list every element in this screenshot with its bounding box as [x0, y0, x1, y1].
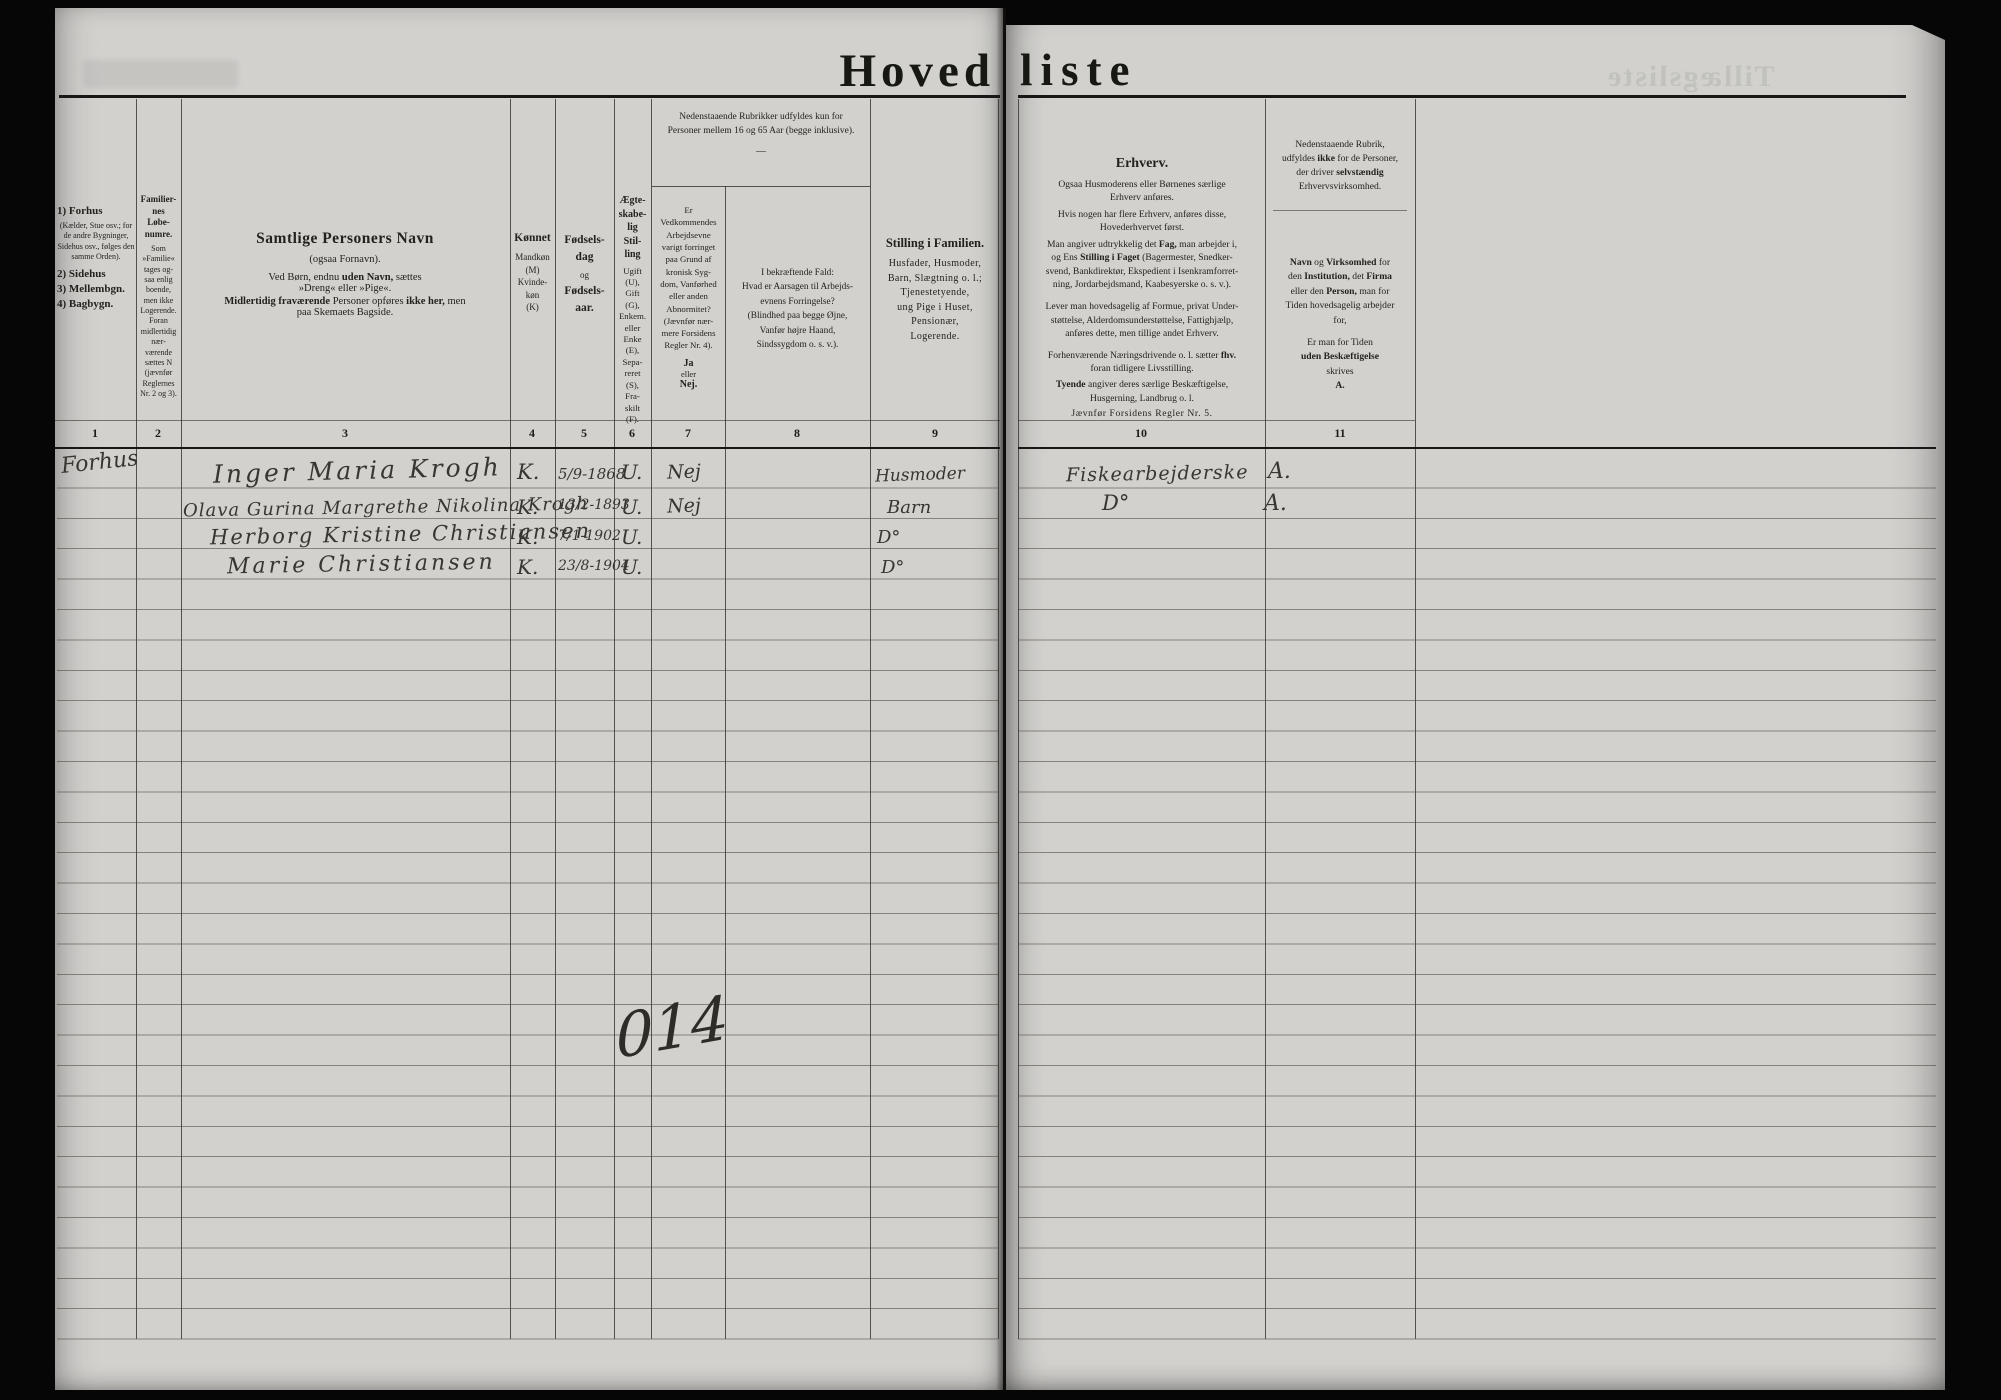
entry-employer: A.	[1268, 459, 1291, 484]
column-number-1: 1	[65, 426, 125, 441]
col11-employer-note: Navn og Virksomhed for den Institution, …	[1271, 256, 1409, 328]
col9-heading: Stilling i Familien.	[872, 236, 998, 251]
entry-employer: A.	[1264, 491, 1287, 516]
col3-header: Samtlige Personers Navn (ogsaa Fornavn).…	[185, 230, 505, 318]
column-number-4: 4	[512, 426, 552, 441]
col6-body: Ugift (U), Gift (G), Enkem. eller Enke (…	[615, 266, 650, 426]
col6-header: Ægte- skabe- lig Stil- ling Ugift (U), G…	[615, 194, 650, 425]
entry-birthdate: 7/1-1902	[558, 528, 613, 544]
left-page: Hoved 1) Forhus (Kælder, Stue osv.; for …	[55, 8, 1003, 1390]
col4-heading: Kønnet	[511, 232, 554, 244]
number-row-bottom-line	[1018, 447, 1936, 449]
entry-family-position: D°	[877, 527, 900, 548]
number-row-bottom-line	[55, 447, 1000, 449]
col3-heading: Samtlige Personers Navn	[185, 230, 505, 248]
col9-header: Stilling i Familien. Husfader, Husmoder,…	[872, 236, 998, 344]
col10-note-1: Ogsaa Husmoderens eller Børnenes særlige…	[1026, 178, 1258, 205]
entry-marital: U.	[621, 525, 642, 549]
column-number-3: 3	[255, 426, 435, 441]
col7-8-divider-line	[652, 186, 870, 187]
entry-occupation: Fiskearbejderske	[1066, 462, 1226, 487]
col4-header: Kønnet Mandkøn (M) Kvinde- køn (K)	[511, 232, 554, 314]
entry-birthdate: 13/2-1893	[558, 497, 613, 513]
entry-family-position: D°	[881, 557, 904, 578]
scan-corner	[1875, 8, 1945, 40]
entry-reduced-ability: Nej	[667, 494, 702, 517]
column-number-11: 11	[1310, 426, 1370, 441]
col10-note-2: Hvis nogen har flere Erhverv, anføres di…	[1026, 208, 1258, 235]
column-number-6: 6	[614, 426, 650, 441]
col7-eller: eller	[653, 369, 724, 379]
col7-ja: Ja	[653, 358, 724, 369]
table-top-rule	[59, 95, 1000, 98]
col10-note-7: Jævnfør Forsidens Regler Nr. 5.	[1026, 407, 1258, 420]
col10-note-3: Man angiver udtrykkelig det Fag, man arb…	[1026, 238, 1258, 292]
bleedthrough-text: Tillægsliste	[1606, 60, 1774, 94]
col2-header: Familier- nes Løbe- numre. Som »Familie«…	[137, 194, 180, 400]
col10-header: Erhverv. Ogsaa Husmoderens eller Børnene…	[1026, 156, 1258, 421]
col3-note-absent: Midlertidig fraværende Personer opføres …	[185, 296, 505, 318]
entry-sex: K.	[517, 525, 538, 549]
col6-heading: Ægte- skabe- lig Stil- ling	[615, 194, 650, 262]
col1-item4: 4) Bagbygn.	[57, 297, 135, 312]
col5-og: og	[556, 270, 613, 280]
col11-divider	[1273, 210, 1407, 211]
entry-marital: U.	[621, 460, 642, 484]
col1-header: 1) Forhus (Kælder, Stue osv.; for de and…	[57, 204, 135, 312]
col11-unemployed-note: Er man for Tiden uden Beskæftigelse skri…	[1271, 336, 1409, 394]
column-number-10: 10	[1111, 426, 1171, 441]
entry-birthdate: 23/8-1904	[558, 558, 613, 574]
entry-marital: U.	[621, 495, 642, 519]
ruled-lines	[57, 458, 998, 1340]
column-number-5: 5	[564, 426, 604, 441]
entry-sex: K.	[517, 555, 538, 579]
number-row-top-line	[1018, 420, 1415, 421]
col5-header: Fødsels- dag og Fødsels- aar.	[556, 232, 613, 317]
col9-body: Husfader, Husmoder, Barn, Slægtning o. l…	[872, 257, 998, 344]
col7-8-shared-note: Nedenstaaende Rubrikker udfyldes kun for…	[653, 110, 869, 139]
column-number-2: 2	[138, 426, 178, 441]
col1-item3: 3) Mellembgn.	[57, 282, 135, 297]
scan-edge-band	[1006, 8, 1945, 25]
col1-item1: 1) Forhus	[57, 204, 135, 219]
col2-body: Som »Familie« tages og- saa enlig boende…	[137, 244, 180, 400]
ruled-lines	[1018, 458, 1936, 1340]
col11-note-top: Nedenstaaende Rubrik, udfyldes ikke for …	[1271, 138, 1409, 194]
table-top-rule	[1018, 95, 1906, 98]
stamp-smudge	[83, 60, 238, 88]
right-page: liste Tillægsliste Erhverv. Ogsaa Husmod…	[1006, 8, 1945, 1390]
col1-paren: (Kælder, Stue osv.; for de andre Bygning…	[57, 221, 135, 263]
page-title-right: liste	[1020, 44, 1137, 96]
column-number-8: 8	[767, 426, 827, 441]
page-title-left: Hoved	[755, 44, 995, 98]
col5-heading-day: Fødsels- dag	[556, 232, 613, 267]
number-row-top-line	[55, 420, 1000, 421]
col11-note-bottom: Navn og Virksomhed for den Institution, …	[1271, 256, 1409, 394]
column-number-9: 9	[905, 426, 965, 441]
col10-heading: Erhverv.	[1026, 156, 1258, 172]
col10-note-5: Forhenværende Næringsdrivende o. l. sætt…	[1026, 349, 1258, 376]
entry-family-position: Barn	[887, 497, 931, 518]
col4-body: Mandkøn (M) Kvinde- køn (K)	[511, 251, 554, 314]
col7-8-divider-mark: —	[653, 146, 869, 157]
col7-header: Er Vedkommendes Arbejdsevne varigt forri…	[653, 204, 724, 390]
col1-item2: 2) Sidehus	[57, 267, 135, 282]
col3-note-children: Ved Børn, endnu uden Navn, sættes »Dreng…	[185, 272, 505, 294]
col10-note-4: Lever man hovedsagelig af Formue, privat…	[1026, 300, 1258, 340]
entry-birthdate: 5/9-1868	[558, 465, 613, 483]
entry-sex: K.	[517, 460, 539, 484]
entry-family-position: Husmoder	[875, 463, 966, 486]
entry-sex: K.	[517, 495, 538, 519]
col8-header: I bekræftende Fald: Hvad er Aarsagen til…	[727, 266, 868, 352]
col10-note-6: Tyende angiver deres særlige Beskæftigel…	[1026, 378, 1258, 405]
col7-nej: Nej.	[653, 379, 724, 390]
col7-body: Er Vedkommendes Arbejdsevne varigt forri…	[653, 204, 724, 352]
scanned-census-spread: Hoved 1) Forhus (Kælder, Stue osv.; for …	[0, 0, 2001, 1400]
entry-name: Marie Christiansen	[227, 550, 496, 580]
entry-occupation: D°	[1102, 491, 1129, 515]
entry-reduced-ability: Nej	[667, 460, 702, 483]
col3-sub: (ogsaa Fornavn).	[185, 254, 505, 265]
col2-heading: Familier- nes Løbe- numre.	[137, 194, 180, 241]
col5-heading-year: Fødsels- aar.	[556, 283, 613, 318]
entry-marital: U.	[621, 555, 642, 579]
column-number-7: 7	[668, 426, 708, 441]
